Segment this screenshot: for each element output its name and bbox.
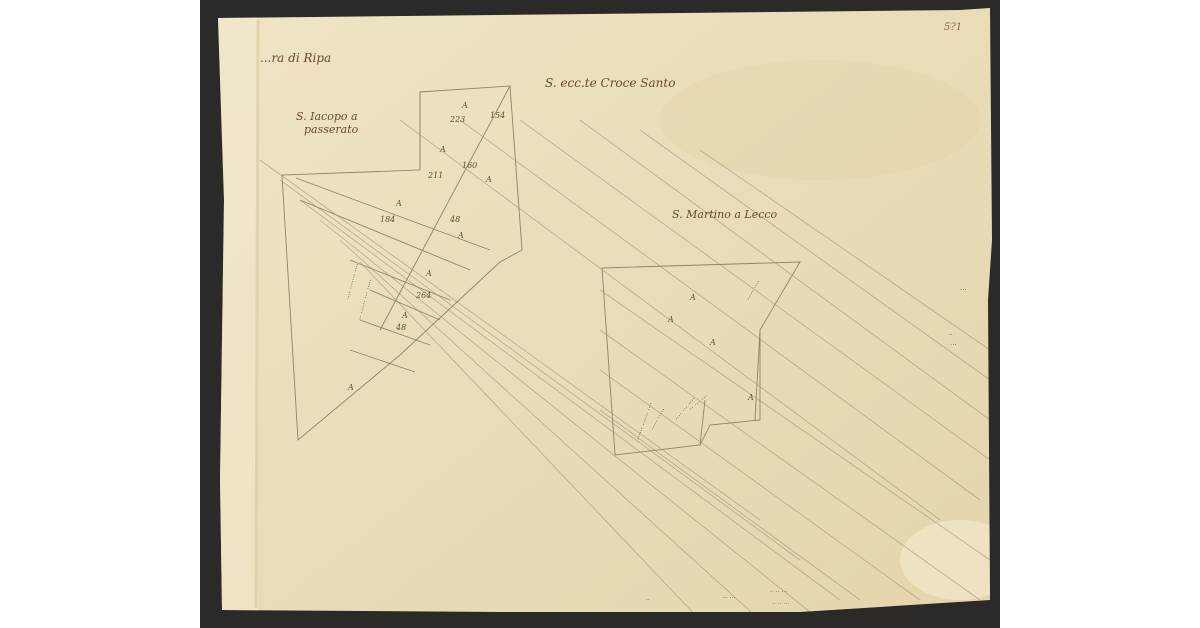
svg-text:.. .. ...: .. .. ...: [770, 587, 787, 594]
svg-text:211: 211: [427, 171, 443, 180]
label-top-center: S. ecc.te Croce Santo: [545, 76, 675, 90]
svg-text:A: A: [439, 145, 446, 154]
label-upper-left-parcel: S. Iacopo a: [296, 110, 358, 123]
svg-text:A: A: [461, 101, 468, 110]
svg-text:A: A: [747, 393, 754, 402]
svg-text:223: 223: [449, 115, 465, 124]
svg-text:..: ..: [948, 329, 952, 337]
svg-text:A: A: [709, 338, 716, 347]
svg-text:A: A: [347, 383, 354, 392]
svg-text:A: A: [667, 315, 674, 324]
svg-text:A: A: [457, 231, 464, 240]
svg-text:... ...: ... ...: [722, 593, 735, 600]
svg-text:154: 154: [490, 111, 505, 120]
label-middle-right-parcel: S. Martino a Lecco: [672, 208, 778, 221]
svg-text:A: A: [689, 293, 696, 302]
label-upper-left-parcel-line2: passerato: [304, 123, 359, 136]
label-top-left-title: ...ra di Ripa: [260, 51, 331, 65]
svg-text:A: A: [401, 311, 408, 320]
svg-text:A: A: [425, 269, 432, 278]
scan-frame: ...ra di Ripa S. ecc.te Croce Santo S. I…: [200, 0, 1000, 628]
svg-text:184: 184: [380, 215, 395, 224]
svg-text:A: A: [395, 199, 402, 208]
svg-text:160: 160: [462, 161, 477, 170]
label-page-number: 5?1: [944, 22, 962, 33]
svg-text:...: ...: [960, 284, 967, 292]
svg-text:264: 264: [415, 291, 431, 300]
svg-text:..: ..: [646, 595, 650, 602]
svg-text:48: 48: [449, 215, 460, 224]
manuscript-map: ...ra di Ripa S. ecc.te Croce Santo S. I…: [200, 0, 1000, 628]
svg-text:A: A: [485, 175, 492, 184]
svg-text:48: 48: [395, 323, 406, 332]
svg-text:...: ...: [950, 339, 957, 347]
svg-text:.. .. ...: .. .. ...: [772, 599, 789, 606]
